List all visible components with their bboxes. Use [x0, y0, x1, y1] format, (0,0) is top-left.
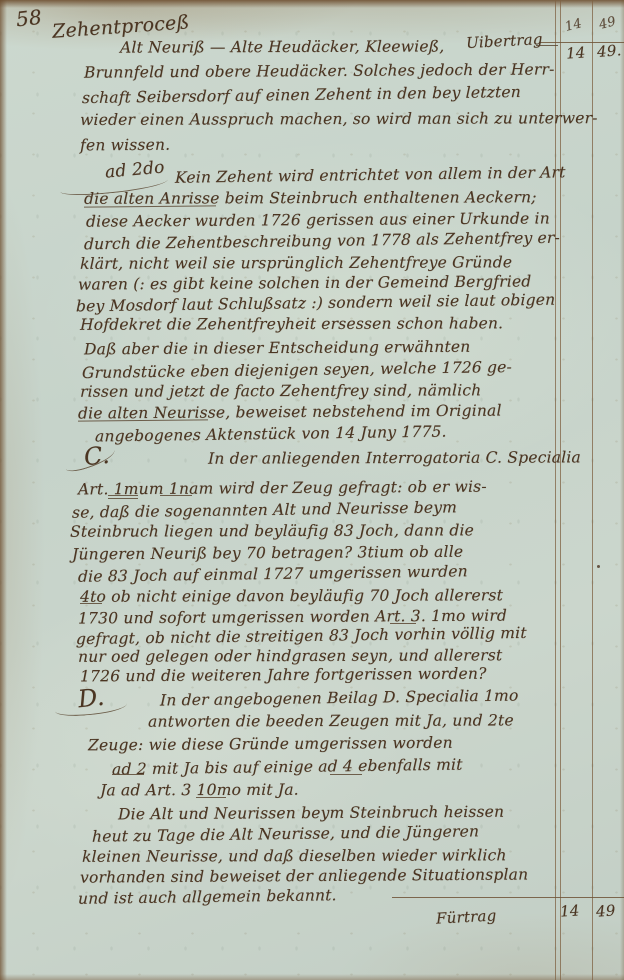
manuscript-line: 4to ob nicht einige davon beyläufig 70 J…: [80, 588, 503, 605]
manuscript-line: und ist auch allgemein bekannt.: [78, 888, 337, 907]
manuscript-line: schaft Seibersdorf auf einen Zehent in d…: [82, 85, 521, 107]
manuscript-line: In der angebogenen Beilag D. Specialia 1…: [160, 688, 519, 709]
manuscript-line: Art. 1mum 1nam wird der Zeug gefragt: ob…: [78, 480, 487, 498]
manuscript-line: wieder einen Ausspruch machen, so wird m…: [80, 111, 598, 128]
carry-struck-kreuzer: 49: [597, 14, 617, 33]
manuscript-line: die alten Anrisse beim Steinbruch enthal…: [84, 190, 537, 207]
carry-forward-kreuzer: 49: [595, 901, 616, 920]
manuscript-line: Kein Zehent wird entrichtet von allem in…: [175, 165, 566, 186]
manuscript-line: angebogenes Aktenstück von 14 Juny 1775.: [95, 425, 447, 445]
carry-value-gulden: 14: [565, 43, 586, 62]
manuscript-line: ad 2 mit Ja bis auf einige ad 4 ebenfall…: [112, 758, 463, 778]
manuscript-line: nur oed gelegen oder hindgrasen seyn, un…: [78, 648, 503, 665]
margin-rule-double-outer: [555, 0, 556, 980]
manuscript-line: Zeuge: wie diese Gründe umgerissen worde…: [88, 736, 453, 754]
manuscript-line: Alt Neuriß — Alte Heudäcker, Kleewieß,: [120, 39, 445, 56]
margin-rule-double-inner: [560, 0, 561, 980]
manuscript-line: kleinen Neurisse, und daß dieselben wied…: [82, 848, 507, 865]
margin-rule-column-divider: [592, 0, 593, 980]
manuscript-line: rissen und jetzt de facto Zehentfrey sin…: [80, 383, 482, 400]
manuscript-line: diese Aecker wurden 1726 gerissen aus ei…: [86, 211, 550, 230]
carry-struck-gulden: 14: [563, 16, 583, 35]
carry-over-label: Uibertrag: [466, 30, 543, 52]
manuscript-line: Ja ad Art. 3 10mo mit Ja.: [100, 783, 299, 799]
manuscript-line: klärt, nicht weil sie ursprünglich Zehen…: [80, 255, 512, 272]
manuscript-line: vorhanden sind beweiset der anliegende S…: [80, 867, 528, 886]
margin-note-d: D.: [77, 683, 106, 714]
ink-blot: [597, 565, 600, 568]
manuscript-line: durch die Zehentbeschreibung von 1778 al…: [84, 231, 560, 253]
paper-edge-left: [0, 0, 7, 980]
manuscript-line: antworten die beeden Zeugen mit Ja, und …: [148, 713, 514, 730]
manuscript-line: In der anliegenden Interrogatoria C. Spe…: [208, 450, 581, 467]
manuscript-line: Brunnfeld und obere Heudäcker. Solches j…: [84, 62, 555, 81]
manuscript-line: heut zu Tage die Alt Neurisse, und die J…: [92, 824, 479, 845]
manuscript-line: die 83 Joch auf einmal 1727 umgerissen w…: [78, 564, 468, 585]
manuscript-line: Hofdekret die Zehentfreyheit ersessen sc…: [80, 316, 503, 333]
carry-forward-label: Fürtrag: [436, 906, 497, 927]
manuscript-line: bey Mosdorf laut Schlußsatz :) sondern w…: [76, 293, 556, 315]
margin-note-ad2: ad 2do: [104, 157, 165, 182]
carry-forward-gulden: 14: [559, 901, 580, 920]
ledger-rule-bottom: [392, 897, 624, 898]
manuscript-line: se, daß die sogenannten Alt und Neurisse…: [72, 500, 457, 521]
manuscript-line: Steinbruch liegen und beyläufig 83 Joch,…: [70, 523, 474, 540]
page-number: 58: [15, 5, 43, 32]
manuscript-line: fen wissen.: [80, 138, 170, 154]
manuscript-line: die alten Neurisse, beweiset nebstehend …: [78, 404, 502, 422]
manuscript-line: Die Alt und Neurissen beym Steinbruch he…: [118, 805, 504, 823]
manuscript-line: gefragt, ob nicht die streitigen 83 Joch…: [76, 626, 527, 648]
manuscript-page: 58 Zehentproceß Uibertrag 14 49 14 49. a…: [0, 0, 624, 980]
manuscript-line: 1726 und die weiteren Jahre fortgerissen…: [80, 667, 487, 685]
manuscript-line: Daß aber die in dieser Entscheidung erwä…: [84, 340, 471, 358]
paper-edge-right: [620, 0, 624, 980]
paper-edge-top: [0, 0, 624, 8]
paper-edge-bottom: [0, 974, 624, 980]
carry-value-kreuzer: 49.: [596, 41, 622, 61]
manuscript-line: Grundstücke eben diejenigen seyen, welch…: [82, 360, 512, 382]
manuscript-line: waren (: es gibt keine solchen in der Ge…: [78, 274, 532, 293]
manuscript-line: Jüngeren Neuriß bey 70 betragen? 3tium o…: [72, 545, 463, 563]
